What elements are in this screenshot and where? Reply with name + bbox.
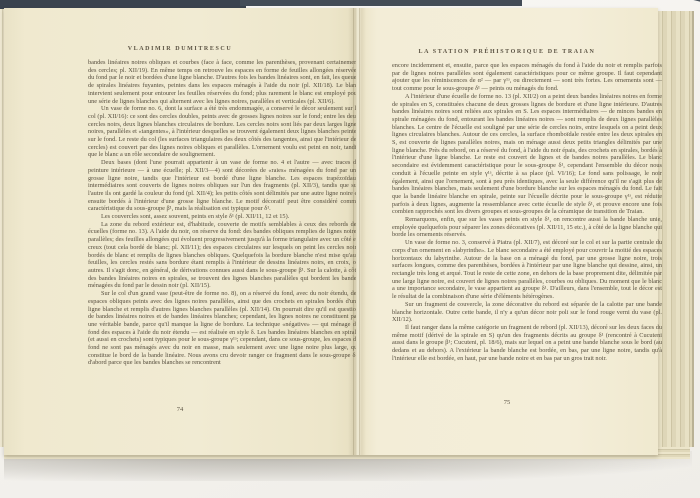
left-page-body: bandes linéaires noires obliques et cour… — [88, 59, 359, 367]
book-cover-top-edge-thin — [240, 0, 522, 6]
right-page: LA STATION PRÉHISTORIQUE DE TRAIAN encor… — [356, 8, 658, 455]
running-header-right: LA STATION PRÉHISTORIQUE DE TRAIAN — [356, 49, 658, 55]
paragraph: La zone du rebord extérieur est, d'habit… — [88, 221, 359, 290]
right-page-body: encore incidemment et, ensuite, parce qu… — [392, 62, 662, 362]
paragraph: Deux bases (dont l'une pourrait apparten… — [88, 159, 359, 213]
paragraph: Sur le col d'un grand vase (peut-être de… — [88, 290, 359, 367]
paragraph: Remarquons, enfin, que sur les vases pei… — [392, 216, 662, 239]
book-cover-corner-edge — [660, 0, 700, 3]
paragraph: Les couvercles sont, assez souvent, pein… — [88, 213, 359, 221]
open-book: VLADIMIR DUMITRESCU bandes linéaires noi… — [4, 7, 692, 462]
page-number-right: 75 — [356, 399, 658, 406]
paragraph: Un vase de forme no. 3, conservé à Piatr… — [392, 239, 662, 301]
paragraph: Un vase de forme no. 6, dont la surface … — [88, 105, 359, 159]
gutter-crease-line — [353, 8, 354, 455]
left-page: VLADIMIR DUMITRESCU bandes linéaires noi… — [4, 8, 356, 455]
scanned-book-photo: VLADIMIR DUMITRESCU bandes linéaires noi… — [0, 0, 700, 498]
paragraph: A l'intérieur d'une écuelle de forme no.… — [392, 93, 662, 216]
paragraph: encore incidemment et, ensuite, parce qu… — [392, 62, 662, 93]
paragraph: bandes linéaires noires obliques et cour… — [88, 59, 359, 105]
paragraph: Il faut ranger dans la même catégorie un… — [392, 324, 662, 363]
page-number-left: 74 — [4, 406, 356, 413]
page-edges-right — [658, 11, 694, 447]
book-gutter — [348, 8, 366, 455]
paragraph: Sur un fragment de couvercle, la zone dé… — [392, 301, 662, 324]
gutter-crease-line — [359, 8, 360, 455]
book-spread: VLADIMIR DUMITRESCU bandes linéaires noi… — [4, 8, 658, 455]
running-header-left: VLADIMIR DUMITRESCU — [4, 46, 356, 52]
